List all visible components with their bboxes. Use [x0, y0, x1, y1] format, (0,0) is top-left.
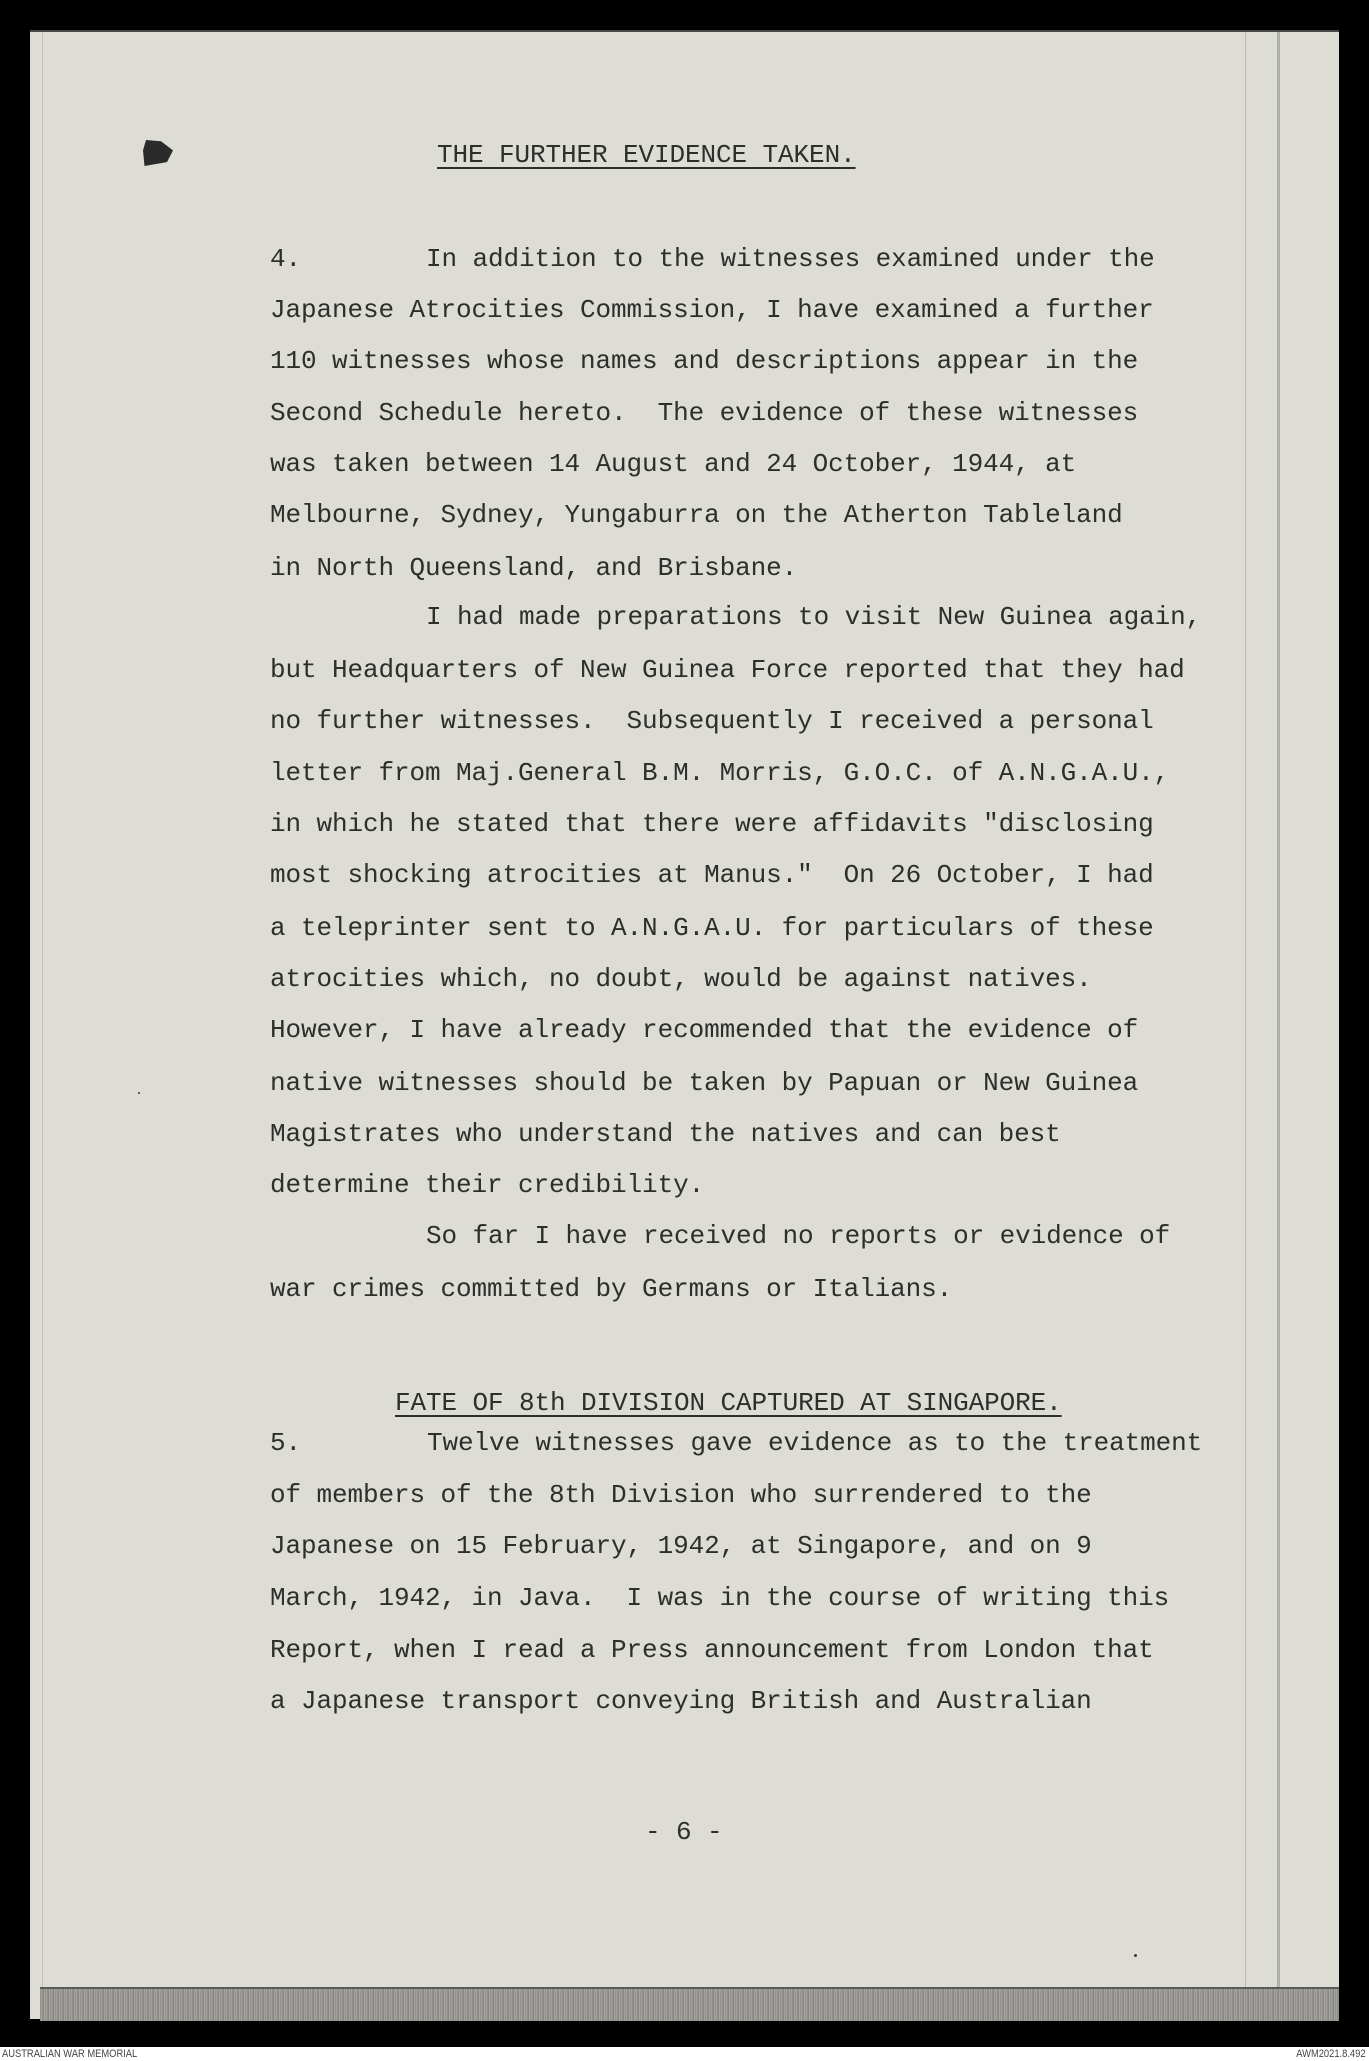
paragraph-line: in North Queensland, and Brisbane. [270, 553, 797, 583]
paragraph-line: In addition to the witnesses examined un… [426, 244, 1155, 274]
paragraph-line: a teleprinter sent to A.N.G.A.U. for par… [270, 913, 1154, 943]
paragraph-line: I had made preparations to visit New Gui… [426, 602, 1201, 632]
paragraph-line: atrocities which, no doubt, would be aga… [270, 964, 1092, 994]
paragraph-line: Japanese Atrocities Commission, I have e… [270, 295, 1154, 325]
paragraph-line: of members of the 8th Division who surre… [270, 1480, 1092, 1510]
paragraph-line: Second Schedule hereto. The evidence of … [270, 398, 1138, 428]
paragraph-number-5: 5. [270, 1428, 301, 1458]
paragraph-line: was taken between 14 August and 24 Octob… [270, 449, 1076, 479]
page-number: - 6 - [645, 1817, 723, 1847]
archive-reference: AWM2021.8.492 [1297, 2047, 1366, 2061]
page-bottom-edge [40, 1987, 1339, 2021]
ink-speck [1134, 1954, 1137, 1957]
paragraph-line: Magistrates who understand the natives a… [270, 1119, 1061, 1149]
paragraph-line: However, I have already recommended that… [270, 1015, 1138, 1045]
paragraph-line: Twelve witnesses gave evidence as to the… [427, 1428, 1202, 1458]
paragraph-line: in which he stated that there were affid… [270, 809, 1154, 839]
paragraph-line: Japanese on 15 February, 1942, at Singap… [270, 1531, 1092, 1561]
paragraph-line: war crimes committed by Germans or Itali… [270, 1274, 952, 1304]
paragraph-line: Melbourne, Sydney, Yungaburra on the Ath… [270, 500, 1123, 530]
underlying-sheet-edge [1245, 32, 1246, 1992]
paragraph-line: So far I have received no reports or evi… [426, 1221, 1170, 1251]
paragraph-line: no further witnesses. Subsequently I rec… [270, 706, 1154, 736]
institution-name: AUSTRALIAN WAR MEMORIAL [2, 2047, 137, 2061]
paragraph-line: a Japanese transport conveying British a… [270, 1686, 1092, 1716]
underlying-sheet-edge [1277, 32, 1280, 1992]
paragraph-line: determine their credibility. [270, 1170, 704, 1200]
paragraph-line: native witnesses should be taken by Papu… [270, 1068, 1138, 1098]
paragraph-line: but Headquarters of New Guinea Force rep… [270, 655, 1185, 685]
archive-footer: AUSTRALIAN WAR MEMORIAL AWM2021.8.492 [0, 2047, 1369, 2061]
paragraph-line: most shocking atrocities at Manus." On 2… [270, 860, 1154, 890]
section-heading-8th-division: FATE OF 8th DIVISION CAPTURED AT SINGAPO… [395, 1388, 1062, 1418]
paragraph-line: March, 1942, in Java. I was in the cours… [270, 1583, 1169, 1613]
paragraph-number-4: 4. [270, 244, 301, 274]
ink-speck [138, 1092, 140, 1094]
paragraph-line: Report, when I read a Press announcement… [270, 1635, 1154, 1665]
paragraph-line: letter from Maj.General B.M. Morris, G.O… [270, 758, 1169, 788]
page-edge-line [42, 32, 43, 1992]
punch-hole [143, 140, 173, 166]
paragraph-line: 110 witnesses whose names and descriptio… [270, 346, 1138, 376]
section-heading-further-evidence: THE FURTHER EVIDENCE TAKEN. [437, 140, 856, 170]
